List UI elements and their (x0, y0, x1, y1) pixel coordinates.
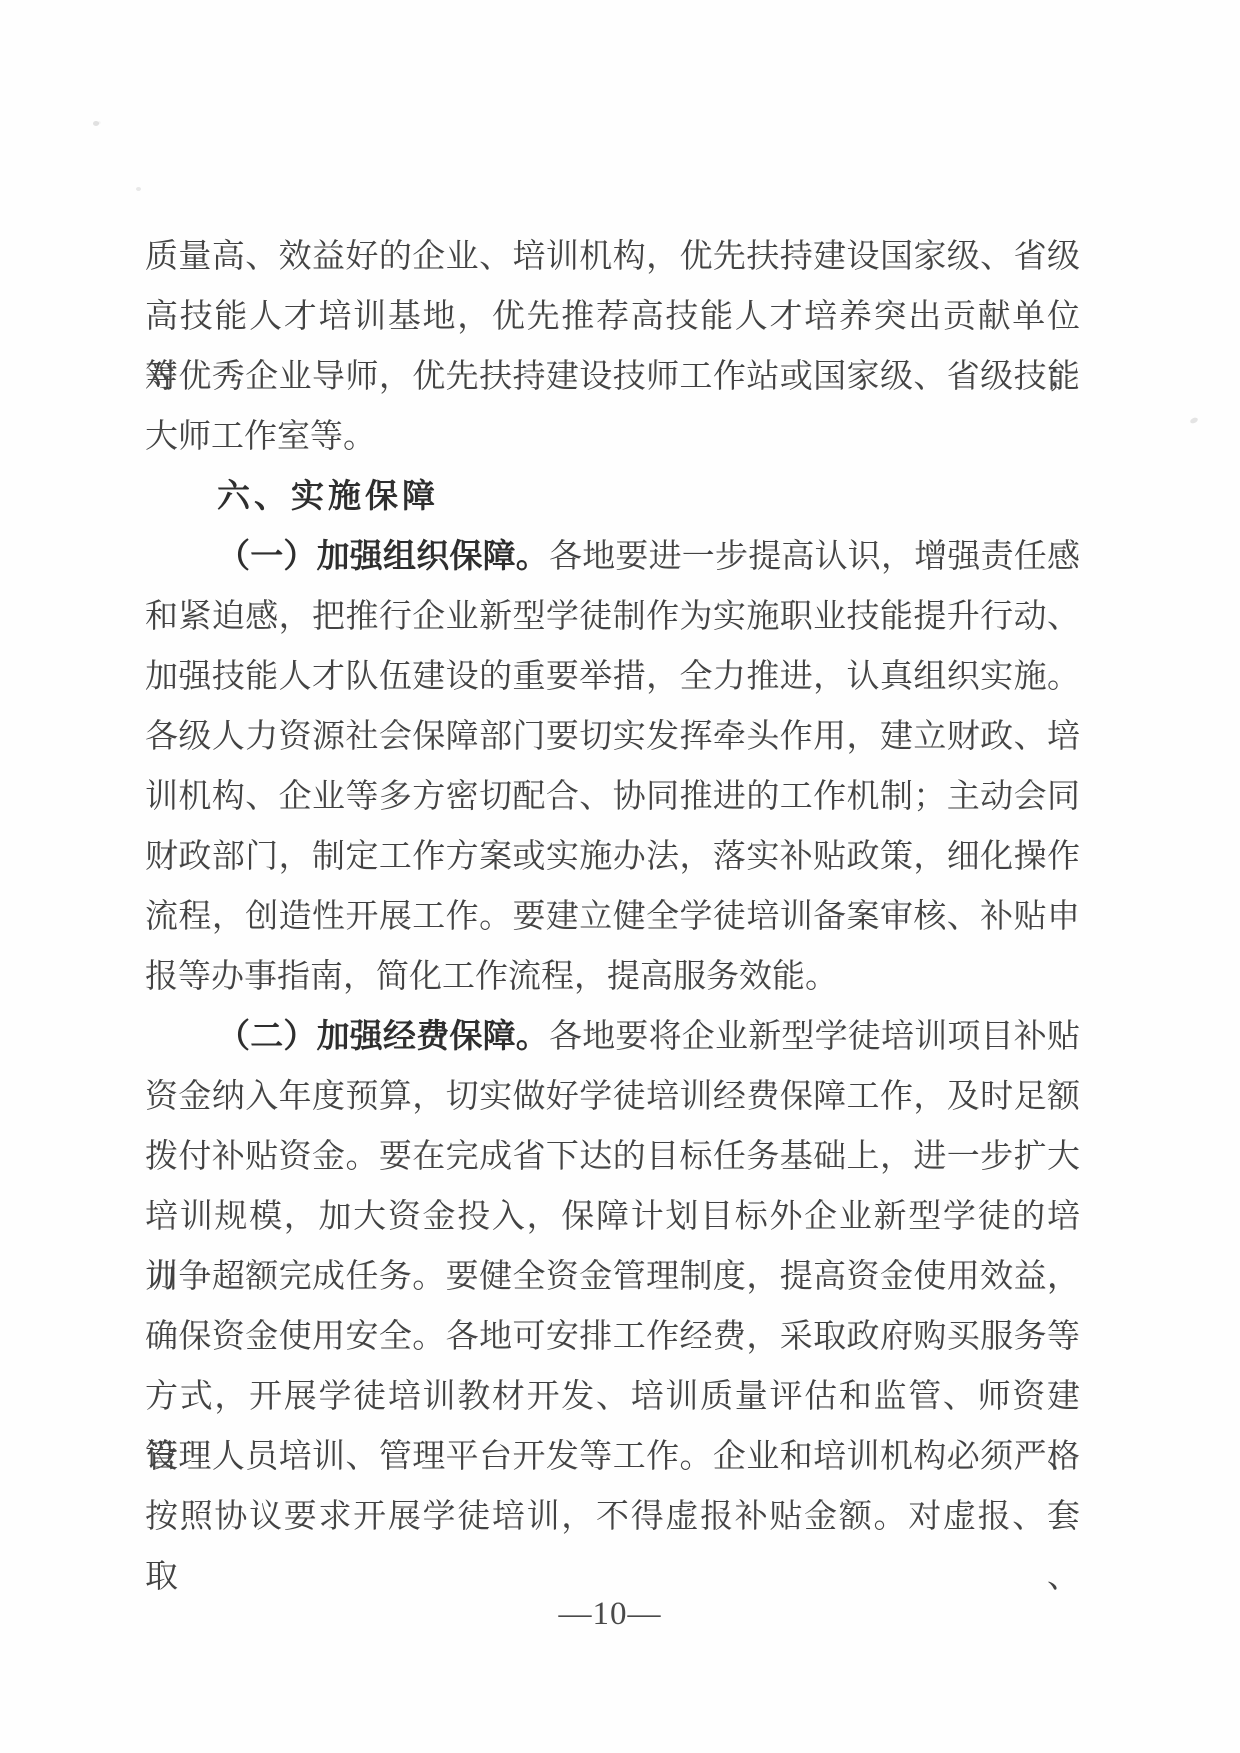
text-block: 质量高、效益好的企业、培训机构，优先扶持建设国家级、省级高技能人才培训基地，优先… (145, 227, 1080, 1547)
body-text: 流程，创造性开展工作。要建立健全学徒培训备案审核、补贴申 (145, 899, 1080, 935)
text-line: 按照协议要求开展学徒培训，不得虚报补贴金额。对虚报、套取、 (145, 1487, 1080, 1547)
text-line: 质量高、效益好的企业、培训机构，优先扶持建设国家级、省级 (145, 227, 1080, 287)
text-line: 和紧迫感，把推行企业新型学徒制作为实施职业技能提升行动、 (145, 587, 1080, 647)
body-text: 加强技能人才队伍建设的重要举措，全力推进，认真组织实施。 (145, 659, 1080, 695)
text-line: 流程，创造性开展工作。要建立健全学徒培训备案审核、补贴申 (145, 887, 1080, 947)
body-text: 管理人员培训、管理平台开发等工作。企业和培训机构必须严格 (145, 1439, 1080, 1475)
scan-artifact (1189, 417, 1198, 425)
text-line: 确保资金使用安全。各地可安排工作经费，采取政府购买服务等 (145, 1307, 1080, 1367)
text-line: 对优秀企业导师，优先扶持建设技师工作站或国家级、省级技能 (145, 347, 1080, 407)
body-text: 按照协议要求开展学徒培训，不得虚报补贴金额。对虚报、套取、 (145, 1499, 1080, 1595)
body-text: 拨付补贴资金。要在完成省下达的目标任务基础上，进一步扩大 (145, 1139, 1080, 1175)
text-line: 加强技能人才队伍建设的重要举措，全力推进，认真组织实施。 (145, 647, 1080, 707)
text-line: 报等办事指南，简化工作流程，提高服务效能。 (145, 947, 1080, 1007)
body-text: 资金纳入年度预算，切实做好学徒培训经费保障工作，及时足额 (145, 1079, 1080, 1115)
body-text: 力争超额完成任务。要健全资金管理制度，提高资金使用效益， (145, 1259, 1080, 1295)
body-text: 报等办事指南，简化工作流程，提高服务效能。 (145, 959, 838, 995)
body-text: 大师工作室等。 (145, 419, 376, 455)
text-line: 训机构、企业等多方密切配合、协同推进的工作机制；主动会同 (145, 767, 1080, 827)
text-line: 高技能人才培训基地，优先推荐高技能人才培养突出贡献单位等； (145, 287, 1080, 347)
text-line: 各级人力资源社会保障部门要切实发挥牵头作用，建立财政、培 (145, 707, 1080, 767)
section-heading: 六、实施保障 (145, 467, 1080, 527)
page-number: —10— (145, 1596, 1075, 1633)
bold-text: 六、实施保障 (217, 479, 439, 515)
text-line: 资金纳入年度预算，切实做好学徒培训经费保障工作，及时足额 (145, 1067, 1080, 1127)
body-text: 质量高、效益好的企业、培训机构，优先扶持建设国家级、省级 (145, 239, 1080, 275)
body-text: 各地要进一步提高认识，增强责任感 (549, 539, 1080, 575)
body-text: 各级人力资源社会保障部门要切实发挥牵头作用，建立财政、培 (145, 719, 1080, 755)
body-text: 训机构、企业等多方密切配合、协同推进的工作机制；主动会同 (145, 779, 1080, 815)
text-line: （一）加强组织保障。各地要进一步提高认识，增强责任感 (145, 527, 1080, 587)
body-text: 和紧迫感，把推行企业新型学徒制作为实施职业技能提升行动、 (145, 599, 1080, 635)
text-line: （二）加强经费保障。各地要将企业新型学徒培训项目补贴 (145, 1007, 1080, 1067)
text-line: 力争超额完成任务。要健全资金管理制度，提高资金使用效益， (145, 1247, 1080, 1307)
bold-text: （一）加强组织保障。 (217, 539, 549, 575)
body-text: 财政部门，制定工作方案或实施办法，落实补贴政策，细化操作 (145, 839, 1080, 875)
body-text: 各地要将企业新型学徒培训项目补贴 (549, 1019, 1080, 1055)
text-line: 方式，开展学徒培训教材开发、培训质量评估和监管、师资建设、 (145, 1367, 1080, 1427)
body-text: 确保资金使用安全。各地可安排工作经费，采取政府购买服务等 (145, 1319, 1080, 1355)
scan-artifact (136, 187, 141, 191)
text-line: 培训规模，加大资金投入，保障计划目标外企业新型学徒的培训， (145, 1187, 1080, 1247)
scan-artifact (93, 121, 99, 126)
text-line: 管理人员培训、管理平台开发等工作。企业和培训机构必须严格 (145, 1427, 1080, 1487)
bold-text: （二）加强经费保障。 (217, 1019, 549, 1055)
text-line: 大师工作室等。 (145, 407, 1080, 467)
text-line: 财政部门，制定工作方案或实施办法，落实补贴政策，细化操作 (145, 827, 1080, 887)
document-page: 质量高、效益好的企业、培训机构，优先扶持建设国家级、省级高技能人才培训基地，优先… (0, 0, 1240, 1753)
body-text: 对优秀企业导师，优先扶持建设技师工作站或国家级、省级技能 (145, 359, 1080, 395)
text-line: 拨付补贴资金。要在完成省下达的目标任务基础上，进一步扩大 (145, 1127, 1080, 1187)
